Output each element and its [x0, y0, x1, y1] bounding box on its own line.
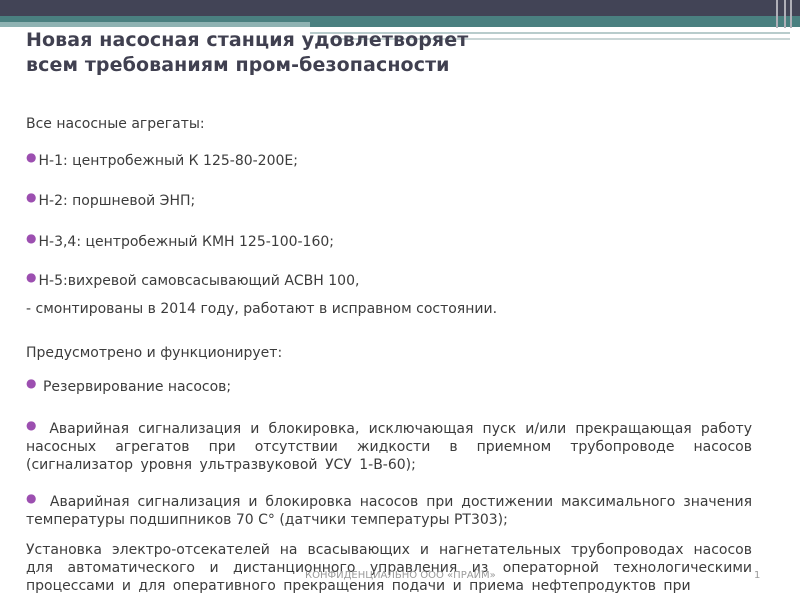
- bullet-icon: ●: [26, 376, 36, 390]
- list-item: ●Н-5:вихревой самовсасывающий АСВН 100,: [26, 272, 752, 290]
- bullet-icon: ●: [26, 190, 36, 204]
- header-dark-bar: [0, 0, 800, 16]
- bullet-icon: ●: [26, 270, 36, 284]
- list-item: ●Н-2: поршневой ЭНП;: [26, 192, 752, 210]
- header-teal-bar-highlight: [0, 22, 310, 27]
- list-item: ● Аварийная сигнализация и блокировка на…: [26, 493, 752, 529]
- bullet-icon: ●: [26, 418, 38, 432]
- section-heading-pumps: Все насосные агрегаты:: [26, 115, 752, 133]
- section-heading-features: Предусмотрено и функционирует:: [26, 344, 752, 362]
- decor-vline: [784, 0, 786, 28]
- slide-title: Новая насосная станция удовлетворяет все…: [26, 28, 586, 78]
- decor-vline: [776, 0, 778, 28]
- pumps-note: - смонтированы в 2014 году, работают в и…: [26, 300, 752, 318]
- list-item: ●Н-1: центробежный К 125-80-200Е;: [26, 152, 752, 170]
- bullet-icon: ●: [26, 231, 36, 245]
- title-line-2: всем требованиям пром-безопасности: [26, 53, 586, 78]
- list-item: ● Резервирование насосов;: [26, 378, 752, 396]
- final-paragraph: Установка электро-отсекателей на всасыва…: [26, 541, 752, 595]
- bullet-icon: ●: [26, 491, 40, 505]
- decor-vline: [790, 0, 792, 28]
- title-line-1: Новая насосная станция удовлетворяет: [26, 28, 586, 53]
- bullet-icon: ●: [26, 150, 36, 164]
- page-number: 1: [754, 570, 760, 581]
- list-item: ● Аварийная сигнализация и блокировка, и…: [26, 420, 752, 474]
- footer-confidential: КОНФИДЕНЦИАЛЬНО ООО «ПРАЙМ»: [305, 570, 496, 581]
- list-item: ●Н-3,4: центробежный КМН 125-100-160;: [26, 233, 752, 251]
